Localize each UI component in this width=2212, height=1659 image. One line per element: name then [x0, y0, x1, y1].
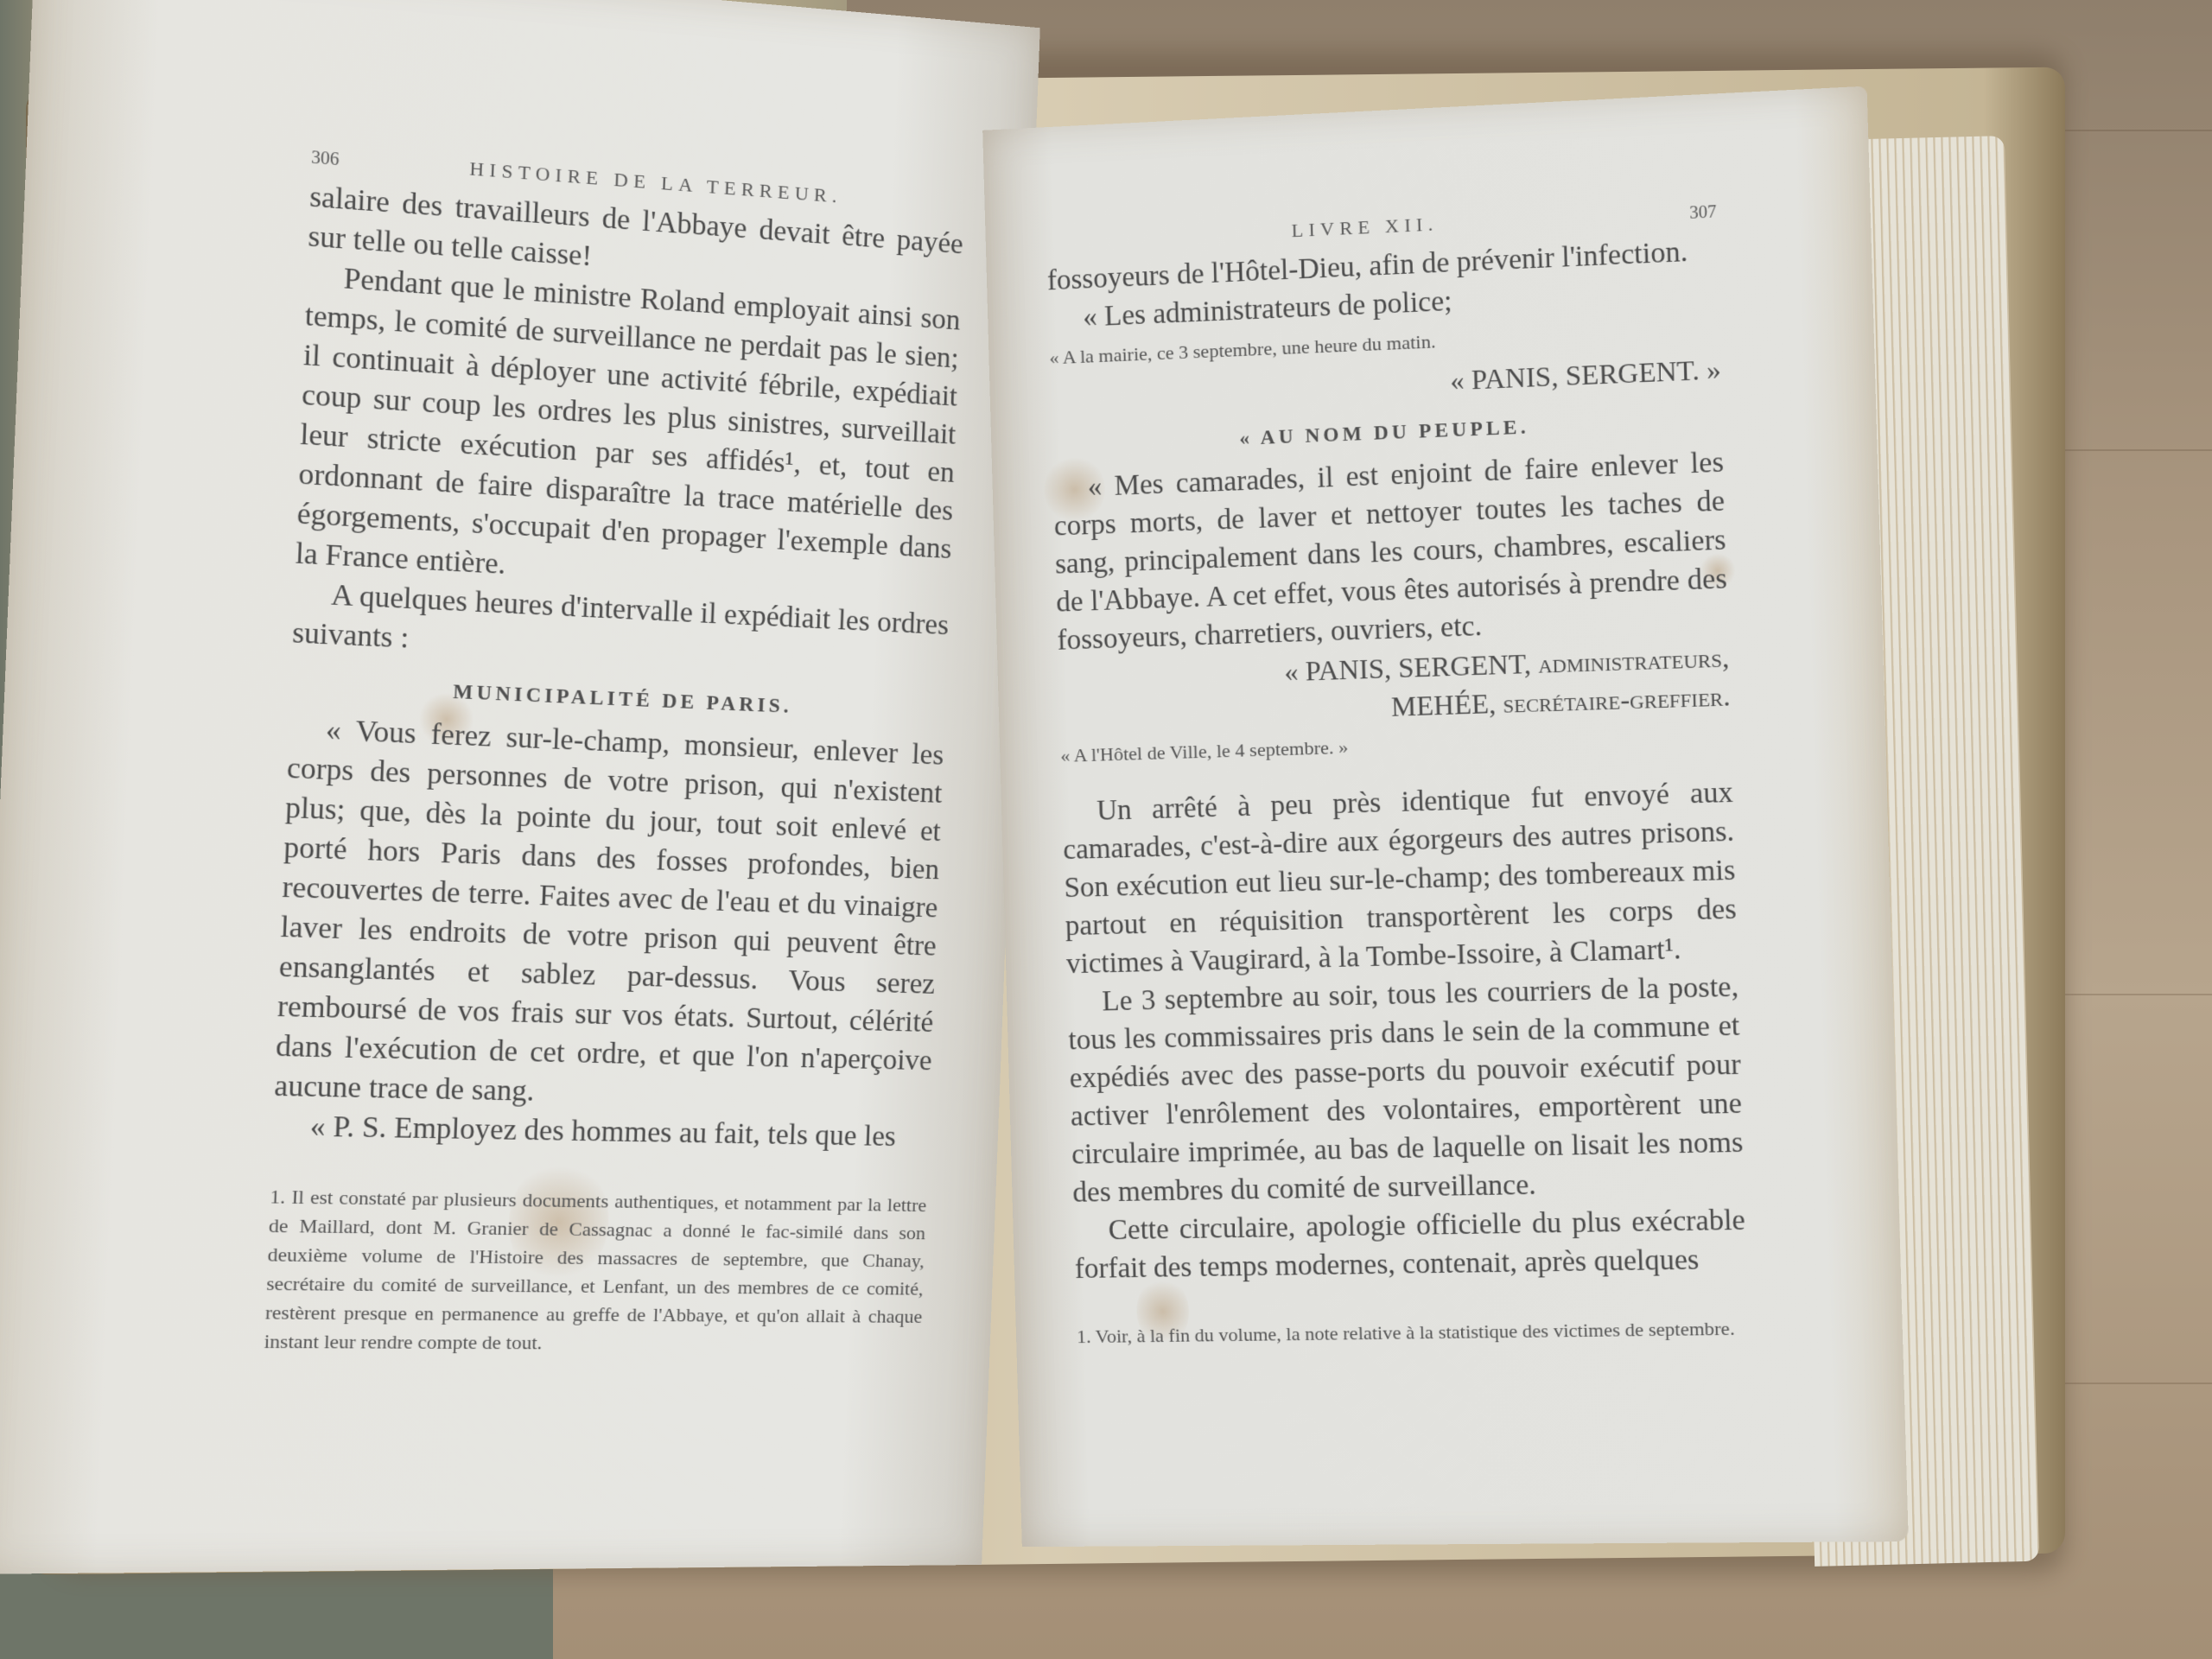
right-footnote: 1. Voir, à la fin du volume, la note rel… — [1077, 1314, 1749, 1351]
left-page-number: 306 — [311, 148, 340, 170]
right-page-number: 307 — [1689, 202, 1717, 224]
paragraph: Le 3 septembre au soir, tous les courrie… — [1067, 968, 1745, 1212]
left-page-text-block: 306 HISTOIRE DE LA TERREUR. salaire des … — [264, 145, 965, 1358]
right-page[interactable]: LIVRE XII. 307 fossoyeurs de l'Hôtel-Die… — [982, 86, 1909, 1548]
right-page-text-block: LIVRE XII. 307 fossoyeurs de l'Hôtel-Die… — [1046, 200, 1748, 1351]
quoted-order: « Vous ferez sur-le-champ, monsieur, enl… — [274, 709, 944, 1119]
quoted-order: « Mes camarades, il est enjoint de faire… — [1052, 443, 1728, 660]
paragraph: Un arrêté à peu près identique fut envoy… — [1062, 773, 1738, 983]
paragraph: Cette circulaire, apologie officielle du… — [1073, 1201, 1747, 1288]
right-running-title: LIVRE XII. — [1291, 213, 1438, 242]
left-footnote: 1. Il est constaté par plusieurs documen… — [264, 1182, 927, 1358]
paragraph: Pendant que le ministre Roland employait… — [295, 257, 961, 607]
left-page[interactable]: 306 HISTOIRE DE LA TERREUR. salaire des … — [0, 0, 1040, 1574]
